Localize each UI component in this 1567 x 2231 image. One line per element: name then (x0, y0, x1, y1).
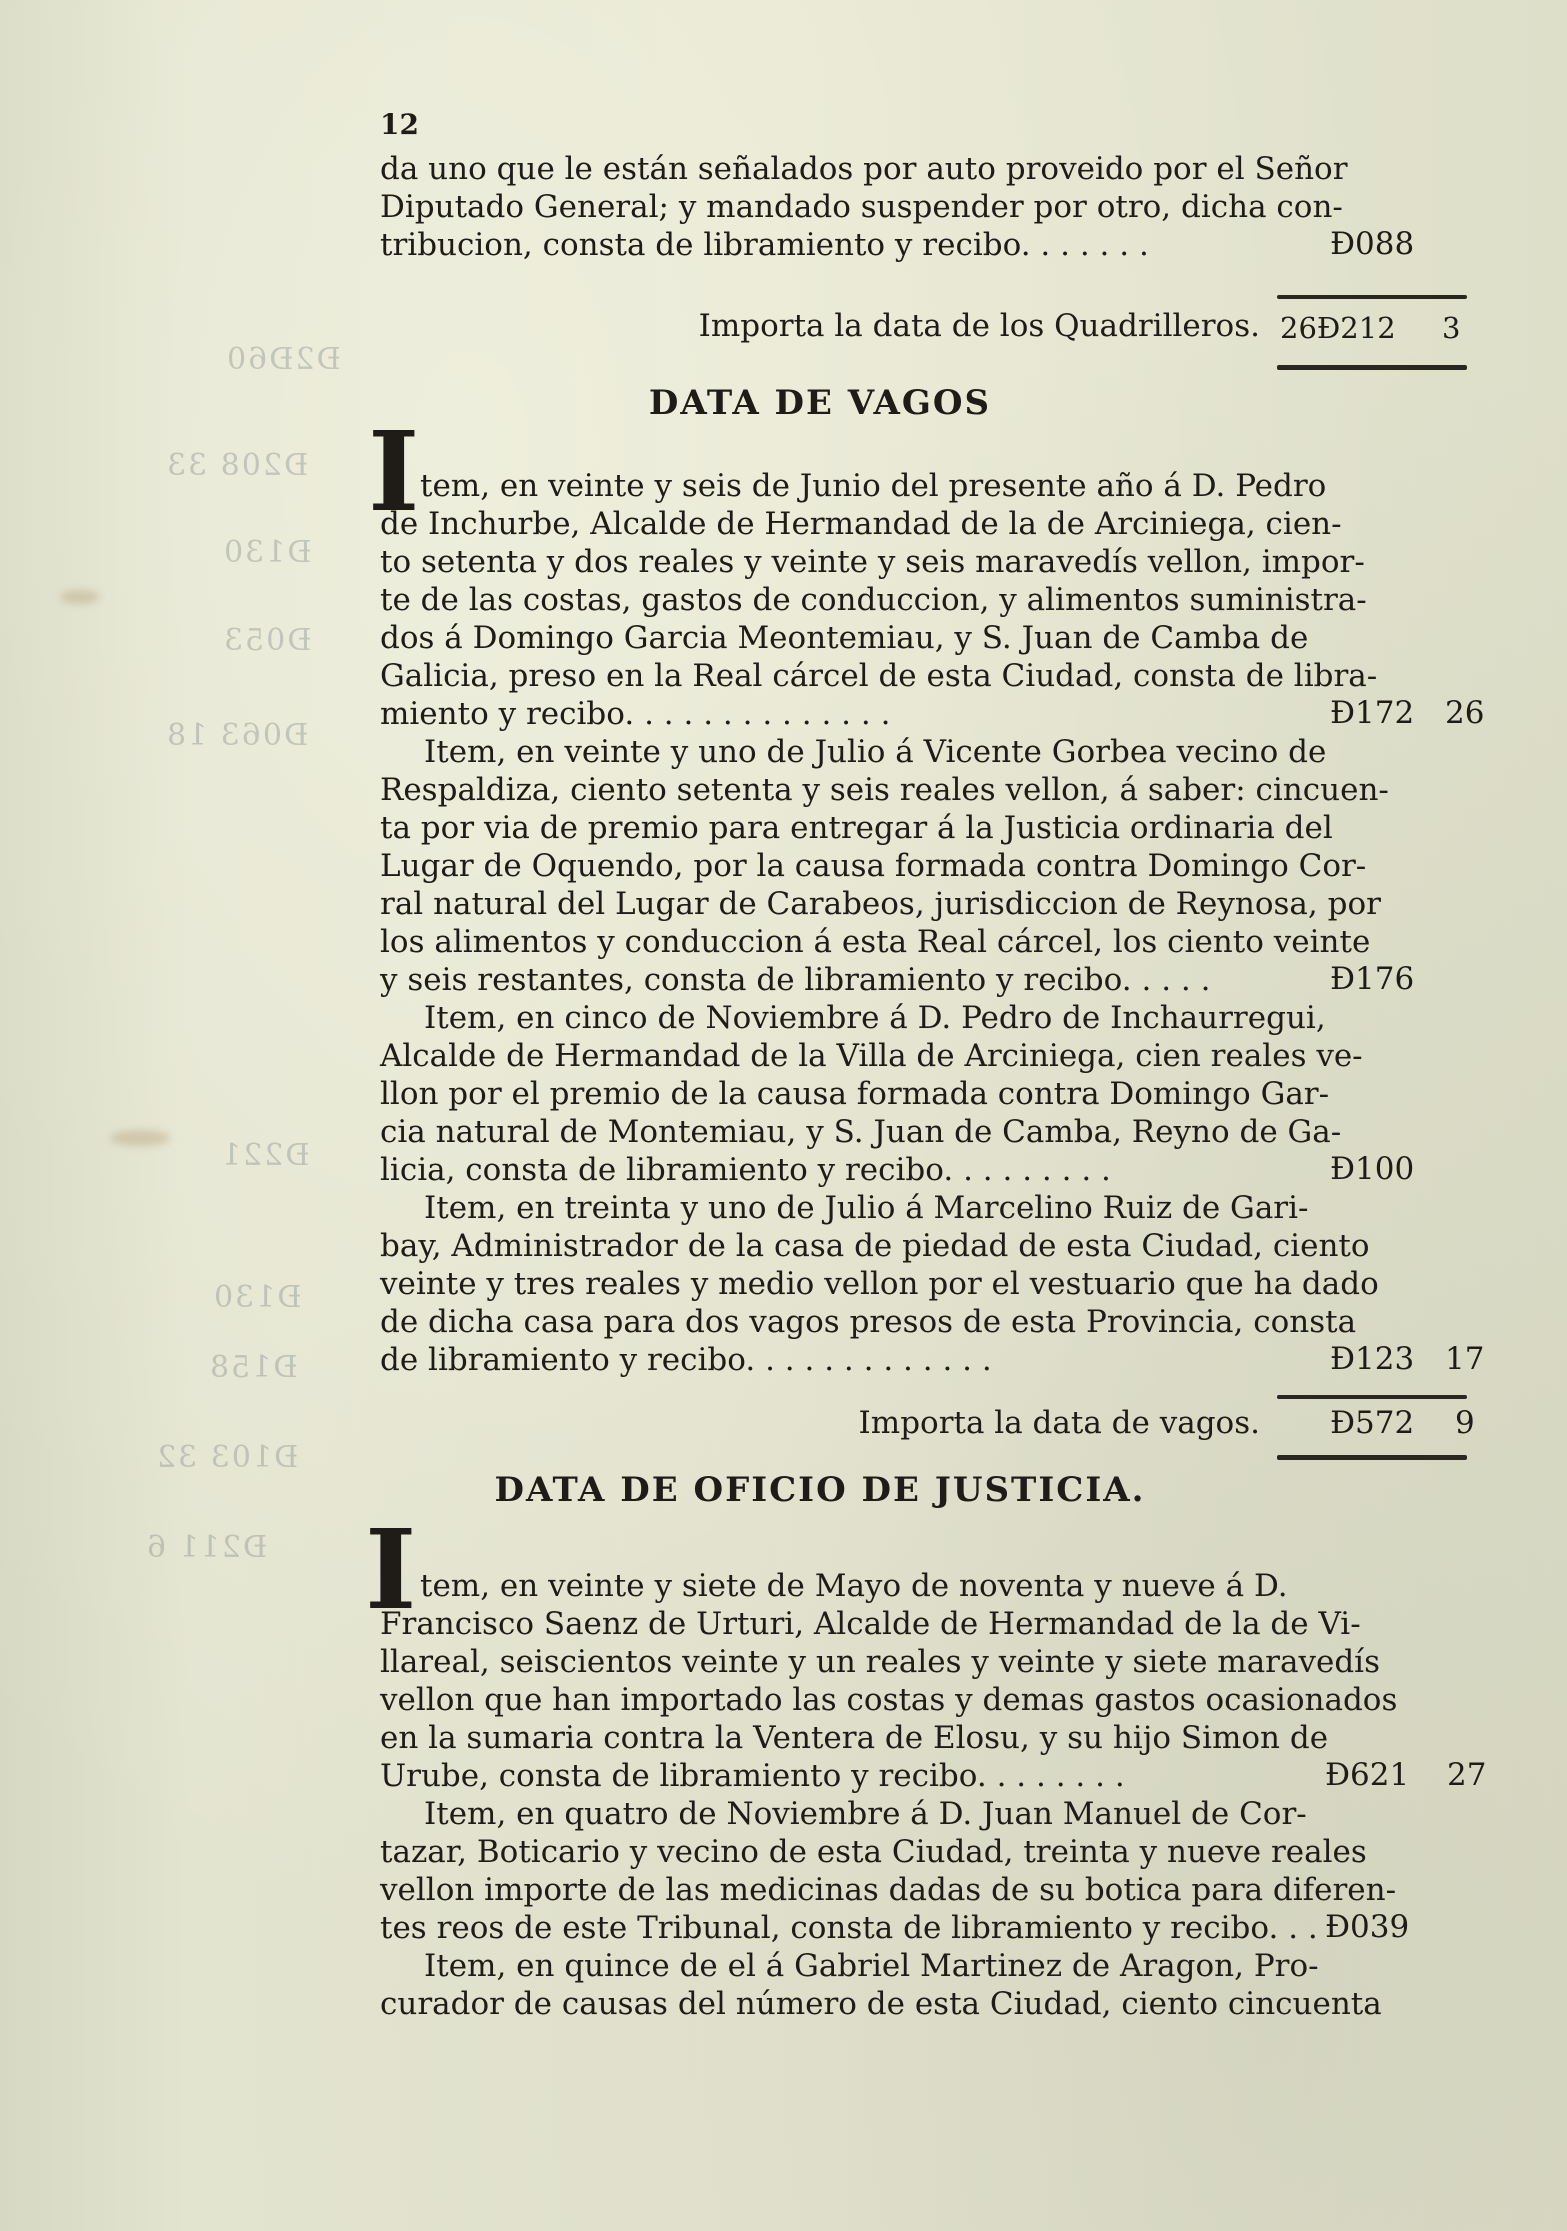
text-line: da uno que le están señalados por auto p… (380, 150, 1260, 188)
bleed-through-text: Ɖ053 (222, 623, 311, 658)
text-line: los alimentos y conduccion á esta Real c… (380, 923, 1260, 961)
total-label-quadrilleros: Importa la data de los Quadrilleros. (699, 308, 1260, 344)
text-line: ta por via de premio para entregar á la … (380, 809, 1260, 847)
bleed-through-text: Ɖ103 32 (155, 1440, 298, 1475)
bleed-through-text: Ɖ130 (212, 1280, 301, 1315)
amount-maravedis: 3 (1442, 311, 1460, 345)
paper-stain (110, 1130, 170, 1146)
amount-reales: Ɖ123 (1330, 1341, 1414, 1377)
amount-reales: 26Ɖ212 (1280, 311, 1396, 345)
page-number: 12 (380, 108, 419, 141)
sum-double-rule (1277, 365, 1467, 370)
amount-reales: Ɖ039 (1325, 1909, 1409, 1945)
amount-maravedis: 26 (1445, 695, 1484, 731)
sum-double-rule (1277, 1455, 1467, 1460)
text-line: en la sumaria contra la Ventera de Elosu… (380, 1719, 1260, 1757)
bleed-through-text: Ɖ221 (220, 1138, 309, 1173)
text-line: Urube, consta de libramiento y recibo. .… (380, 1757, 1260, 1795)
text-line: vellon importe de las medicinas dadas de… (380, 1871, 1260, 1909)
text-line: Item, en quatro de Noviembre á D. Juan M… (380, 1795, 1260, 1833)
text-line: to setenta y dos reales y veinte y seis … (380, 543, 1260, 581)
text-line: y seis restantes, consta de libramiento … (380, 961, 1260, 999)
text-line: Lugar de Oquendo, por la causa formada c… (380, 847, 1260, 885)
text-line: Item, en quince de el á Gabriel Martinez… (380, 1947, 1260, 1985)
text-line: Alcalde de Hermandad de la Villa de Arci… (380, 1037, 1260, 1075)
bleed-through-text: Ɖ2Ɖ60 (225, 342, 341, 377)
sum-rule (1277, 1395, 1467, 1399)
text-line: tem, en veinte y siete de Mayo de novent… (380, 1567, 1260, 1605)
text-line: de libramiento y recibo. . . . . . . . .… (380, 1341, 1260, 1379)
total-amount-vagos: Ɖ572 9 (1330, 1405, 1414, 1441)
text-line: miento y recibo. . . . . . . . . . . . .… (380, 695, 1260, 733)
text-line: ral natural del Lugar de Carabeos, juris… (380, 885, 1260, 923)
text-line: cia natural de Montemiau, y S. Juan de C… (380, 1113, 1260, 1151)
amount-maravedis: 9 (1455, 1405, 1475, 1441)
amount-reales: Ɖ088 (1330, 226, 1414, 262)
text-line: tazar, Boticario y vecino de esta Ciudad… (380, 1833, 1260, 1871)
text-line: dos á Domingo Garcia Meontemiau, y S. Ju… (380, 619, 1260, 657)
entry-amount: Ɖ621 27 (1325, 1757, 1409, 1793)
text-line: Galicia, preso en la Real cárcel de esta… (380, 657, 1260, 695)
text-line: Item, en cinco de Noviembre á D. Pedro d… (380, 999, 1260, 1037)
text-line: Diputado General; y mandado suspender po… (380, 188, 1260, 226)
bleed-through-text: Ɖ211 6 (145, 1530, 267, 1565)
text-line: de dicha casa para dos vagos presos de e… (380, 1303, 1260, 1341)
entry-amount: Ɖ172 26 (1330, 695, 1414, 731)
amount-reales: Ɖ176 (1330, 961, 1414, 997)
paper-stain (60, 590, 100, 604)
amount-reales: Ɖ621 (1325, 1757, 1409, 1793)
section-heading-justicia: DATA DE OFICIO DE JUSTICIA. (380, 1470, 1260, 1510)
text-line: licia, consta de libramiento y recibo. .… (380, 1151, 1260, 1189)
amount-reales: Ɖ100 (1330, 1151, 1414, 1187)
entry-amount: Ɖ123 17 (1330, 1341, 1414, 1377)
total-label-vagos: Importa la data de vagos. (859, 1405, 1260, 1441)
text-line: bay, Administrador de la casa de piedad … (380, 1227, 1260, 1265)
bleed-through-text: Ɖ130 (222, 535, 311, 570)
amount-maravedis: 27 (1447, 1757, 1486, 1793)
text-line: Item, en treinta y uno de Julio á Marcel… (380, 1189, 1260, 1227)
amount-reales: Ɖ572 (1330, 1405, 1414, 1441)
text-line: de Inchurbe, Alcalde de Hermandad de la … (380, 505, 1260, 543)
total-amount-quadrilleros: 26Ɖ212 3 (1280, 311, 1396, 345)
section-heading-vagos: DATA DE VAGOS (380, 383, 1260, 423)
text-line: Francisco Saenz de Urturi, Alcalde de He… (380, 1605, 1260, 1643)
text-line: vellon que han importado las costas y de… (380, 1681, 1260, 1719)
text-line: te de las costas, gastos de conduccion, … (380, 581, 1260, 619)
text-line: Item, en veinte y uno de Julio á Vicente… (380, 733, 1260, 771)
text-line: tes reos de este Tribunal, consta de lib… (380, 1909, 1260, 1947)
text-line: tem, en veinte y seis de Junio del prese… (380, 467, 1260, 505)
amount-maravedis: 17 (1445, 1341, 1484, 1377)
bleed-through-text: Ɖ063 18 (165, 718, 308, 753)
bleed-through-text: Ɖ208 33 (165, 448, 308, 483)
bleed-through-text: Ɖ158 (208, 1350, 297, 1385)
sum-rule (1277, 295, 1467, 299)
amount-reales: Ɖ172 (1330, 695, 1414, 731)
text-line: tribucion, consta de libramiento y recib… (380, 226, 1260, 264)
text-line: llon por el premio de la causa formada c… (380, 1075, 1260, 1113)
text-line: curador de causas del número de esta Ciu… (380, 1985, 1260, 2023)
text-line: llareal, seiscientos veinte y un reales … (380, 1643, 1260, 1681)
text-line: veinte y tres reales y medio vellon por … (380, 1265, 1260, 1303)
text-line: Respaldiza, ciento setenta y seis reales… (380, 771, 1260, 809)
